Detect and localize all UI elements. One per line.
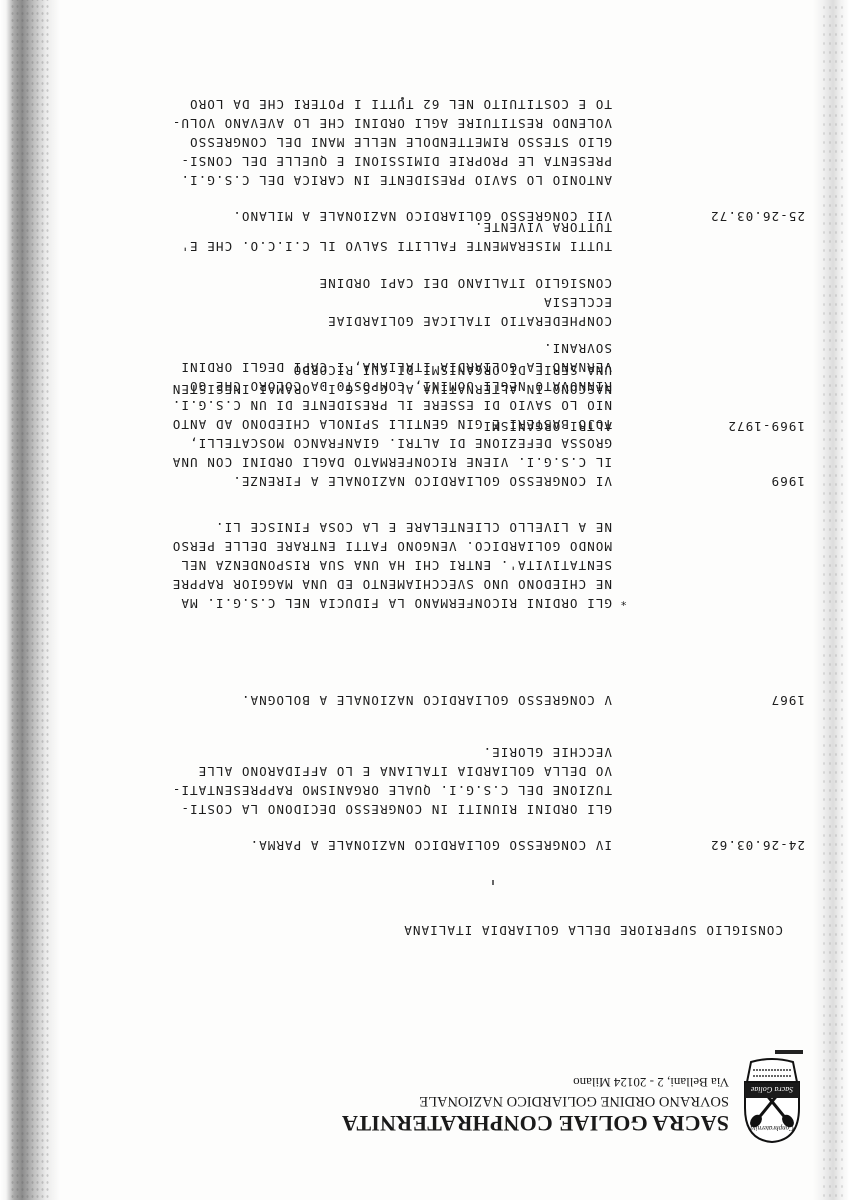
underline-mark [775,1050,803,1054]
entry-body: IL C.S.G.I. VIENE RICONFERMATO DAGLI ORD… [172,339,612,472]
entry-body: ANTONIO LO SAVIO PRESIDENTE IN CARICA DE… [172,95,612,190]
entry-heading: V CONGRESSO GOLIARDICO NAZIONALE A BOLOG… [241,691,612,710]
scan-edge-noise [10,0,50,1200]
scanned-page: Conphraternita Sacra Goliae SACRA GOLIAE… [0,0,849,1200]
crossed-torches-crest-icon: Conphraternita Sacra Goliae [739,1052,805,1148]
entry-date: 25-26.03.72 [710,207,805,226]
asterisk-mark: * [619,592,627,611]
document-title: CONSIGLIO SUPERIORE DELLA GOLIARDIA ITAL… [403,921,783,940]
stray-mark [492,880,494,885]
entry-body: GLI ORDINI RIUNITI IN CONGRESSO DECIDONO… [172,743,612,819]
organization-name: SACRA GOLIAE CONPHRATERNITA [342,1110,729,1136]
entry-heading: VII CONGRESSO GOLIARDICO NAZIONALE A MIL… [232,207,612,226]
entry-body: NASCONO IN ALTERNATIVA AL C.S.G.I. ORAMA… [172,361,612,399]
scan-edge-noise-light [819,0,845,1200]
entry-date: 1969-1972 [727,417,805,436]
stray-dot [401,97,404,100]
organism-list-item: CONSIGLIO ITALIANO DEI CAPI ORDINE [319,274,613,293]
svg-text:Sacra Goliae: Sacra Goliae [750,1085,793,1094]
organism-list-item: ECCLESIA [543,293,612,312]
organization-subtitle: SOVRANO ORDINE GOLIARDICO NAZIONALE [419,1092,729,1109]
entry-heading: VI CONGRESSO GOLIARDICO NAZIONALE A FIRE… [232,472,612,491]
organization-address: Via Bellani, 2 - 20124 Milano [573,1074,729,1090]
entry-date: 1969 [770,472,805,491]
entry-heading: IV CONGRESSO GOLIARDICO NAZIONALE A PARM… [249,836,612,855]
entry-date: 24-26.03.62 [710,836,805,855]
entry-date: 1967 [770,691,805,710]
entry-body: GLI ORDINI RICONFERMANO LA FIDUCIA NEL C… [172,518,612,613]
entry-heading: ALTRI ORGANISMI [483,417,612,436]
letterhead: Conphraternita Sacra Goliae SACRA GOLIAE… [485,1032,805,1152]
organism-list-item: CONPHEDERATIO ITALICAE GOLIARDIAE [327,312,612,331]
